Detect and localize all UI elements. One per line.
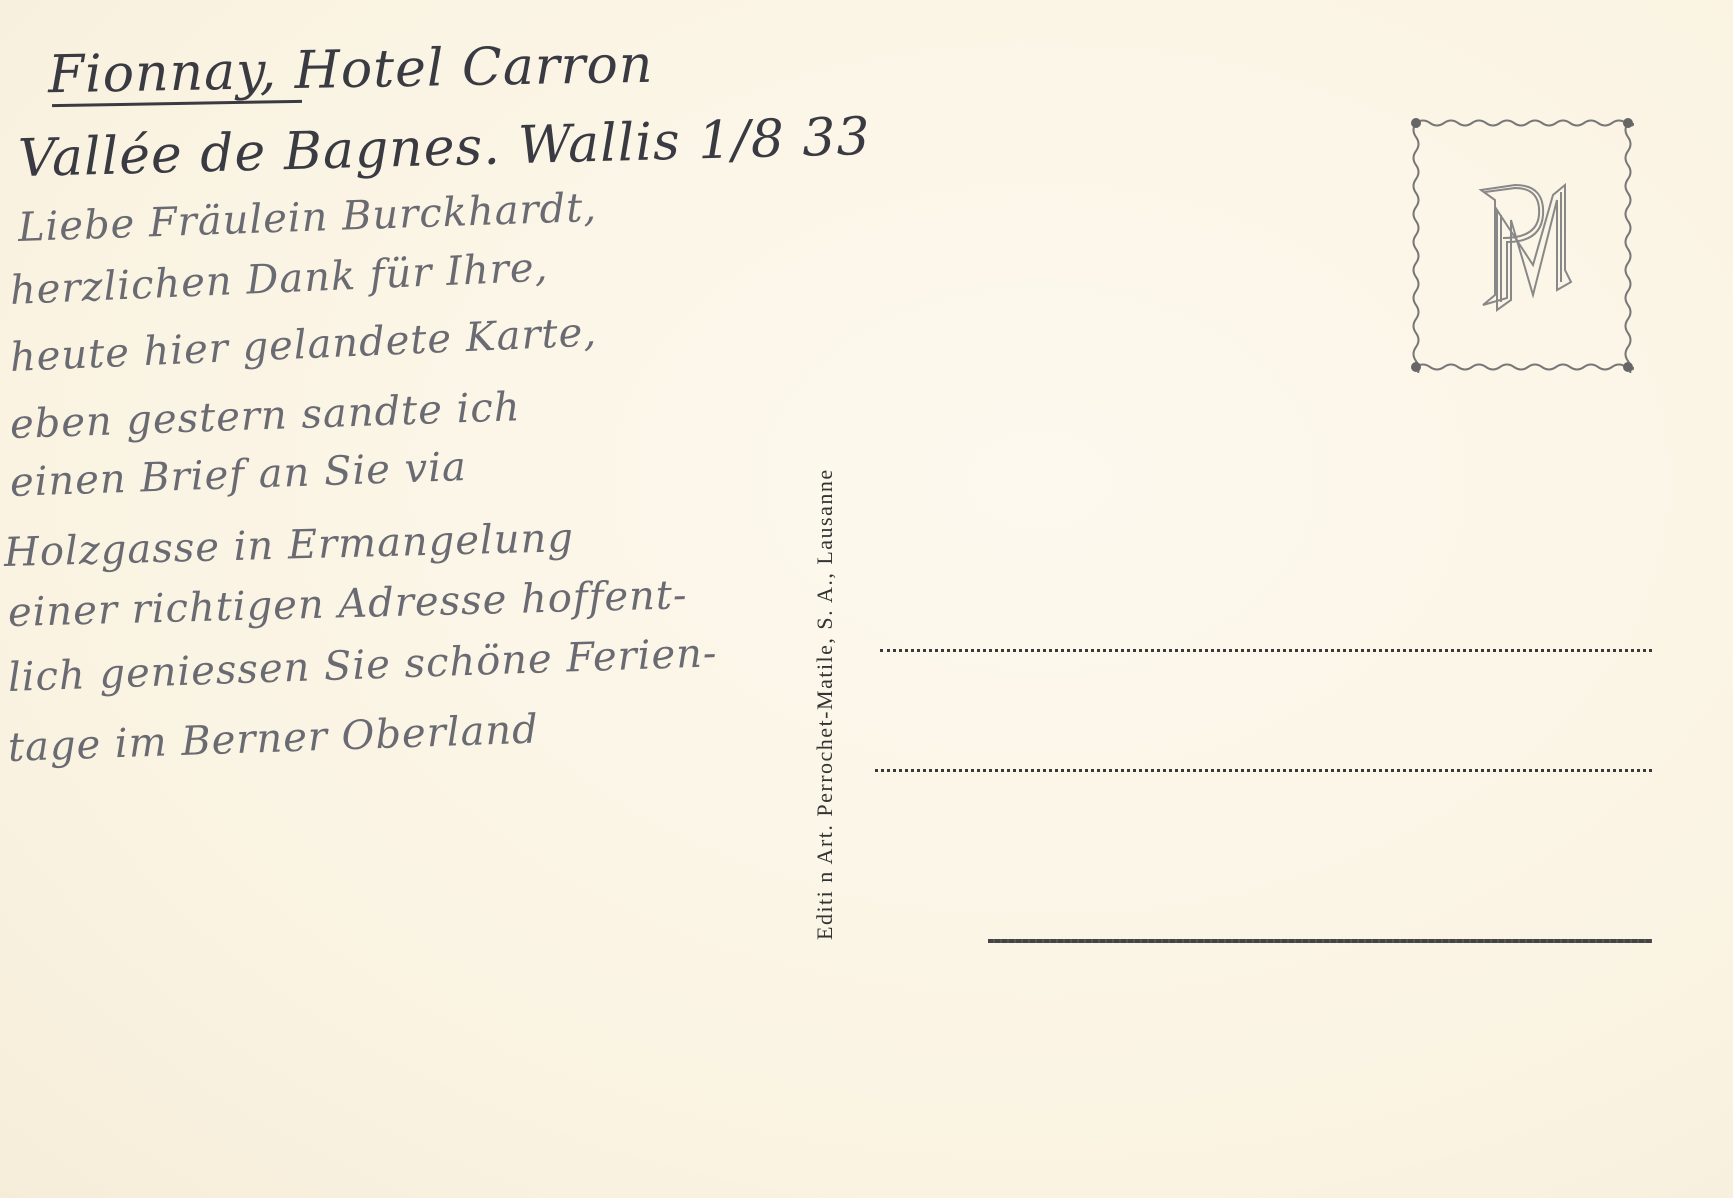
message-line: Holzgasse in Ermangelung (3, 515, 574, 576)
publisher-imprint: Editi n Art. Perrochet-Matile, S. A., La… (812, 468, 838, 940)
address-line-2 (875, 769, 1652, 772)
handwritten-heading-date: Vallée de Bagnes. Wallis 1/8 33 (17, 107, 871, 189)
handwritten-heading-location: Fionnay, Hotel Carron (48, 35, 654, 106)
message-line: lich geniessen Sie schöne Ferien- (7, 630, 718, 701)
message-line: einer richtigen Adresse hoffent- (7, 572, 688, 636)
address-line-3 (988, 939, 1652, 943)
message-line: heute hier gelandete Karte, (9, 309, 598, 381)
message-line: einen Brief an Sie via (9, 444, 467, 506)
postcard-back: Fionnay, Hotel Carron Vallée de Bagnes. … (0, 0, 1733, 1198)
pm-monogram-icon (1475, 170, 1575, 320)
message-line: tage im Berner Oberland (7, 706, 539, 771)
message-line: Liebe Fräulein Burckhardt, (17, 185, 598, 251)
address-line-1 (880, 649, 1652, 652)
message-line: herzlichen Dank für Ihre, (9, 245, 549, 314)
message-line: eben gestern sandte ich (9, 384, 521, 448)
